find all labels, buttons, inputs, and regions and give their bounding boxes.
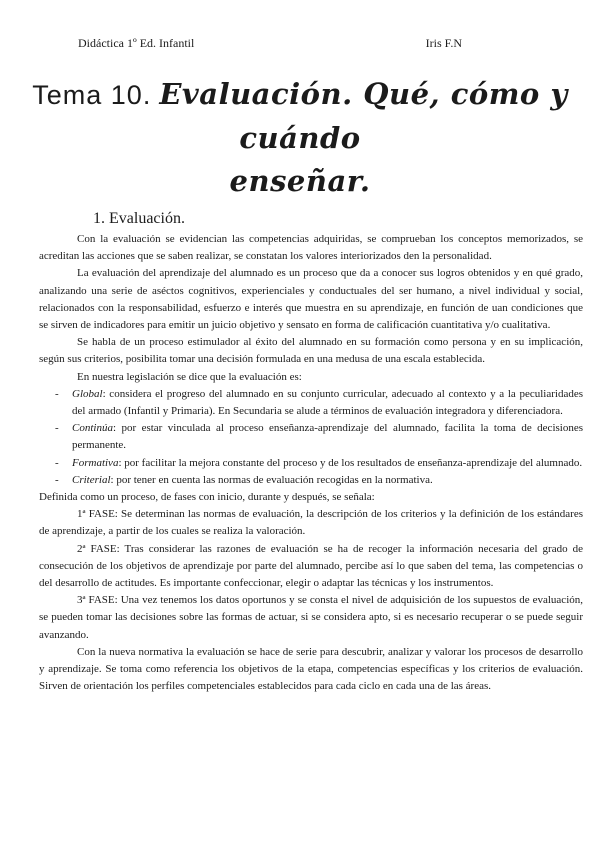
bullet-dash: - xyxy=(55,420,72,454)
list-term: Formativa xyxy=(72,457,118,469)
list-term: Global xyxy=(72,388,103,400)
list-rest: : considera el progreso del alumnado en … xyxy=(72,388,583,417)
list-item-text: Criterial: por tener en cuenta las norma… xyxy=(72,472,583,489)
document-page: Didáctica 1º Ed. Infantil Iris F.N Tema … xyxy=(0,0,600,848)
list-term: Criterial xyxy=(72,474,111,486)
paragraph: Con la evaluación se evidencian las comp… xyxy=(39,231,583,265)
title-script-line2: enseñar. xyxy=(230,164,371,198)
list-rest: : por tener en cuenta las normas de eval… xyxy=(111,474,433,486)
header-author-label: Iris F.N xyxy=(426,36,462,50)
document-body: Con la evaluación se evidencian las comp… xyxy=(0,231,600,695)
paragraph-closing: Con la nueva normativa la evaluación se … xyxy=(39,644,583,696)
title-prefix: Tema 10. xyxy=(32,80,151,110)
list-item: - Criterial: por tener en cuenta las nor… xyxy=(55,472,583,489)
list-term: Continúa xyxy=(72,422,113,434)
paragraph-fase-2: 2ª FASE: Tras considerar las razones de … xyxy=(39,541,583,593)
list-item: - Formativa: por facilitar la mejora con… xyxy=(55,455,583,472)
list-item-text: Formativa: por facilitar la mejora const… xyxy=(72,455,583,472)
list-rest: : por estar vinculada al proceso enseñan… xyxy=(72,422,583,451)
paragraph-fase-1: 1ª FASE: Se determinan las normas de eva… xyxy=(39,506,583,540)
title-script-line1: Evaluación. Qué, cómo y cuándo xyxy=(159,77,567,155)
list-item: - Global: considera el progreso del alum… xyxy=(55,386,583,420)
paragraph: Se habla de un proceso estimulador al éx… xyxy=(39,334,583,368)
bullet-dash: - xyxy=(55,386,72,420)
paragraph: La evaluación del aprendizaje del alumna… xyxy=(39,265,583,334)
page-header: Didáctica 1º Ed. Infantil Iris F.N xyxy=(0,0,600,50)
document-title: Tema 10. Evaluación. Qué, cómo y cuándo … xyxy=(0,72,600,202)
list-rest: : por facilitar la mejora constante del … xyxy=(118,457,582,469)
section-heading: 1. Evaluación. xyxy=(93,210,600,228)
list-intro: En nuestra legislación se dice que la ev… xyxy=(39,369,583,386)
header-course-label: Didáctica 1º Ed. Infantil xyxy=(78,36,194,50)
list-item-text: Continúa: por estar vinculada al proceso… xyxy=(72,420,583,454)
bullet-dash: - xyxy=(55,455,72,472)
paragraph-fase-3: 3ª FASE: Una vez tenemos los datos oport… xyxy=(39,592,583,644)
list-item: - Continúa: por estar vinculada al proce… xyxy=(55,420,583,454)
paragraph: Definida como un proceso, de fases con i… xyxy=(39,489,583,506)
list-item-text: Global: considera el progreso del alumna… xyxy=(72,386,583,420)
bullet-dash: - xyxy=(55,472,72,489)
